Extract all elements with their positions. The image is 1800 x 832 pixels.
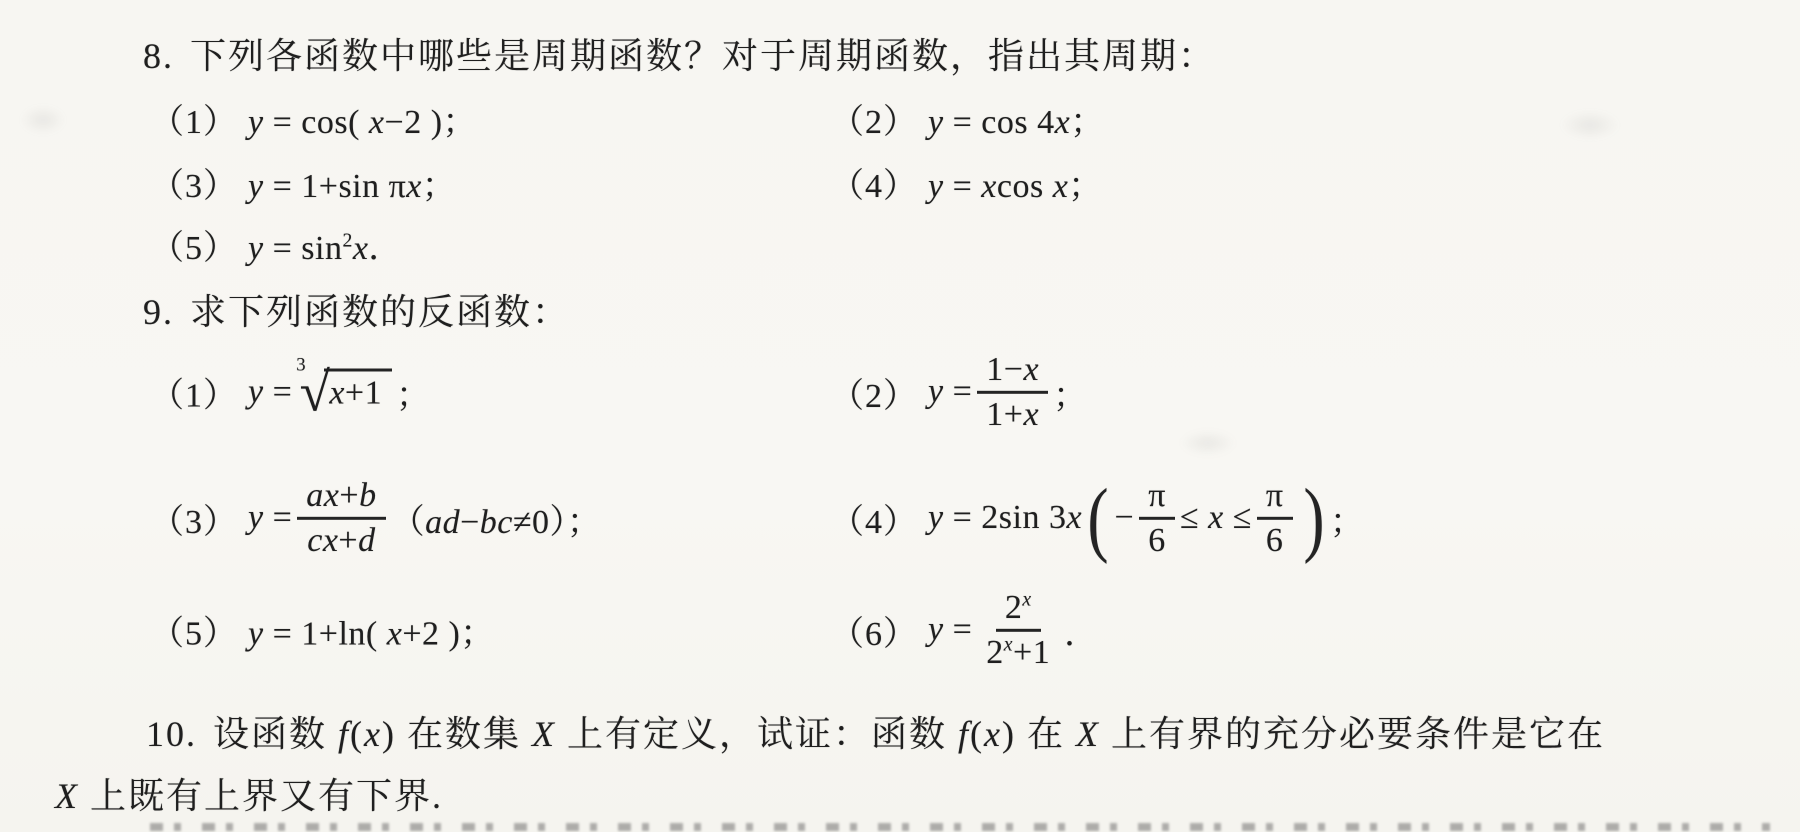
numerator: π [1139,478,1175,520]
cube-root: 3 √ x+1 [296,369,392,416]
item-label: （1） [150,368,238,417]
inequality: ≤ x ≤ [1180,499,1252,537]
left-paren: ( [1088,484,1109,551]
item-label: （2） [830,368,918,417]
problem-8-heading: 8.下列各函数中哪些是周期函数？对于周期函数，指出其周期： [143,28,1216,79]
numerator: ax+b [297,478,385,520]
problem-9-item-4: （4） y = 2sin 3x ( − π 6 ≤ x ≤ π 6 ) ； [830,478,1364,558]
denominator: cx+d [298,520,384,559]
fraction: 2x 2x+1 [977,590,1059,670]
item-label: （5） [150,606,238,655]
formula: y = 2x 2x+1 ． [928,590,1099,670]
formula: y = 3 √ x+1 ； [248,368,431,417]
problem-10-line-1: 10.设函数 f(x) 在数集 X 上有定义，试证：函数 f(x) 在 X 上有… [146,706,1605,757]
punctuation: ； [1053,368,1088,417]
punctuation: ； [396,368,431,417]
punctuation: ； [1330,494,1365,543]
problem-9-heading: 9.求下列函数的反函数： [143,284,570,335]
item-label: （5） [150,220,238,269]
formula-lhs: y = [928,611,972,649]
numerator: π [1257,478,1293,520]
formula: y = cos 4x； [928,94,1105,143]
right-paren: ) [1303,484,1324,551]
problem-10-number: 10. [146,714,197,754]
problem-9-item-5: （5） y = 1+ln( x+2 )； [150,606,495,655]
fraction-pi-over-6: π 6 [1257,478,1293,558]
scanned-textbook-page: 8.下列各函数中哪些是周期函数？对于周期函数，指出其周期： （1） y = co… [0,0,1800,832]
numerator: 1−x [977,352,1048,394]
problem-8-item-1: （1） y = cos( x−2 )； [150,94,477,143]
formula: y = xcos x； [928,158,1103,207]
denominator: 6 [1139,520,1175,559]
numerator: 2x [996,590,1041,632]
problem-8-number: 8. [143,36,174,76]
problem-9-number: 9. [143,292,174,332]
denominator: 6 [1257,520,1293,559]
problem-10-text: X 上既有上界又有下界. [55,776,443,816]
problem-10-line-2: X 上既有上界又有下界. [55,768,443,819]
formula-lhs: y = [248,373,292,411]
problem-9-item-3: （3） y = ax+b cx+d （ad−bc≠0）； [150,478,602,558]
problem-8-item-5: （5） y = sin2x． [150,220,403,269]
formula-lhs: y = [248,499,292,537]
problem-8-item-2: （2） y = cos 4x； [830,94,1105,143]
formula-lhs: y = [928,373,972,411]
formula: y = 1+sin πx； [248,158,456,207]
problem-10-text: 设函数 f(x) 在数集 X 上有定义，试证：函数 f(x) 在 X 上有界的充… [213,714,1605,754]
problem-9-title: 求下列函数的反函数： [190,292,570,332]
problem-9-item-2: （2） y = 1−x 1+x ； [830,352,1088,432]
scan-smudge [1180,430,1236,456]
radicand: x+1 [324,369,392,413]
item-label: （3） [150,158,238,207]
scan-smudge [1560,110,1620,140]
fraction-pi-over-6: π 6 [1139,478,1175,558]
formula: y = sin2x． [248,220,403,269]
item-label: （3） [150,494,238,543]
radical-sign-icon: √ [300,370,331,417]
item-label: （6） [830,606,918,655]
item-label: （4） [830,494,918,543]
item-label: （2） [830,94,918,143]
formula-lhs: y = 2sin 3x [928,499,1082,537]
scan-smudge [20,105,66,135]
fraction: 1−x 1+x [977,352,1048,432]
problem-9-item-1: （1） y = 3 √ x+1 ； [150,368,431,417]
item-label: （1） [150,94,238,143]
cutoff-text-line [150,823,1770,831]
formula: y = 2sin 3x ( − π 6 ≤ x ≤ π 6 ) ； [928,478,1364,558]
punctuation: ． [1064,606,1099,655]
denominator: 1+x [977,394,1048,433]
formula: y = 1+ln( x+2 )； [248,606,495,655]
problem-9-item-6: （6） y = 2x 2x+1 ． [830,590,1099,670]
formula: y = cos( x−2 )； [248,94,477,143]
minus-sign: − [1115,499,1135,537]
side-condition: （ad−bc≠0）； [391,494,602,543]
denominator: 2x+1 [977,632,1059,671]
problem-8-title: 下列各函数中哪些是周期函数？对于周期函数，指出其周期： [190,36,1216,76]
fraction: ax+b cx+d [297,478,385,558]
problem-8-item-4: （4） y = xcos x； [830,158,1103,207]
problem-8-item-3: （3） y = 1+sin πx； [150,158,456,207]
formula: y = 1−x 1+x ； [928,352,1088,432]
item-label: （4） [830,158,918,207]
formula: y = ax+b cx+d （ad−bc≠0）； [248,478,602,558]
